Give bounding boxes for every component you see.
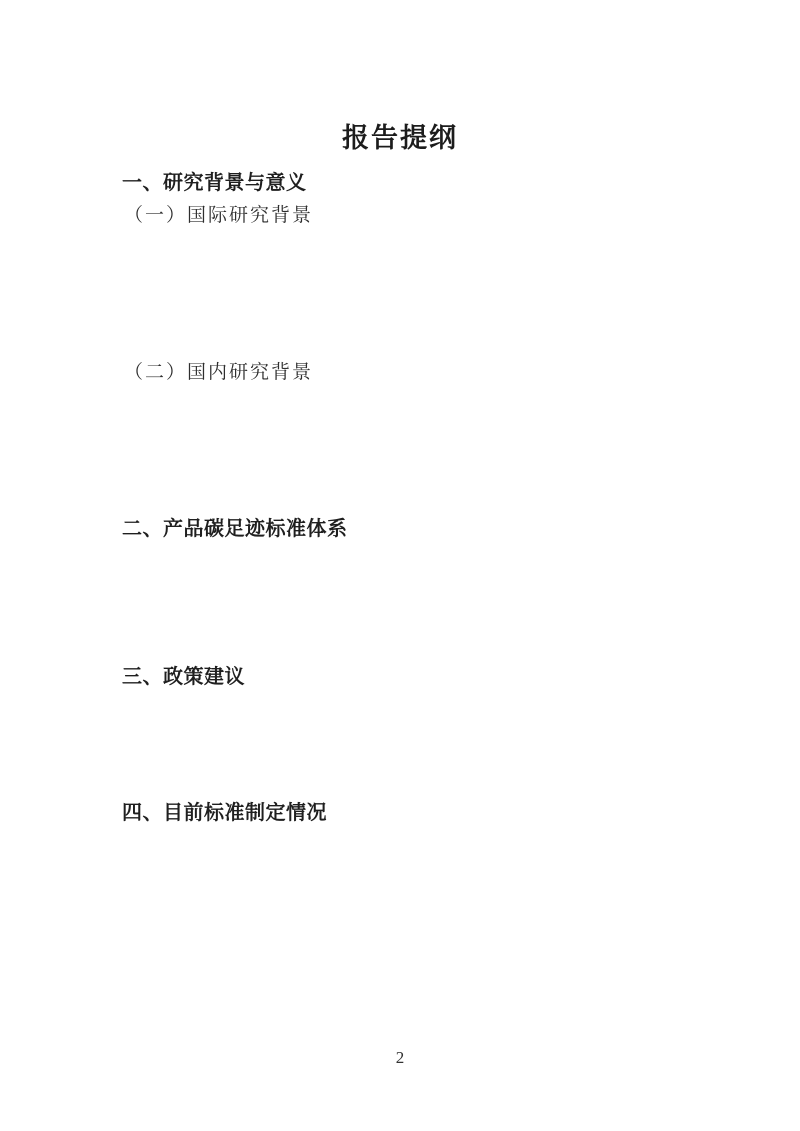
outline-subitem-1-1: （一）国际研究背景 (124, 204, 313, 227)
page-title: 报告提纲 (0, 123, 800, 153)
page-number: 2 (0, 1048, 800, 1068)
document-page: 报告提纲 一、研究背景与意义 （一）国际研究背景 （二）国内研究背景 二、产品碳… (0, 0, 800, 1131)
outline-heading-4: 四、目前标准制定情况 (122, 802, 327, 825)
outline-heading-3: 三、政策建议 (122, 666, 245, 689)
outline-subitem-1-2: （二）国内研究背景 (124, 361, 313, 384)
outline-heading-1: 一、研究背景与意义 (122, 172, 307, 195)
outline-heading-2: 二、产品碳足迹标准体系 (122, 518, 348, 541)
